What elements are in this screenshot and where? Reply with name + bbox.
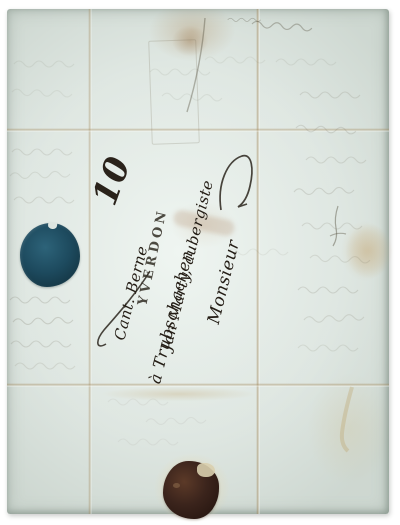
wax-seal-brown-speck [173, 483, 180, 488]
wax-seal-brown [163, 461, 219, 519]
pencil-marks [187, 18, 352, 451]
photo-background: Monsieur Jan Marty, aubergiste à Trubsch… [0, 0, 400, 525]
wax-seal-blue-notch [48, 221, 58, 229]
wax-seal-brown-bite [197, 463, 215, 477]
flourish-paraph [220, 156, 252, 210]
